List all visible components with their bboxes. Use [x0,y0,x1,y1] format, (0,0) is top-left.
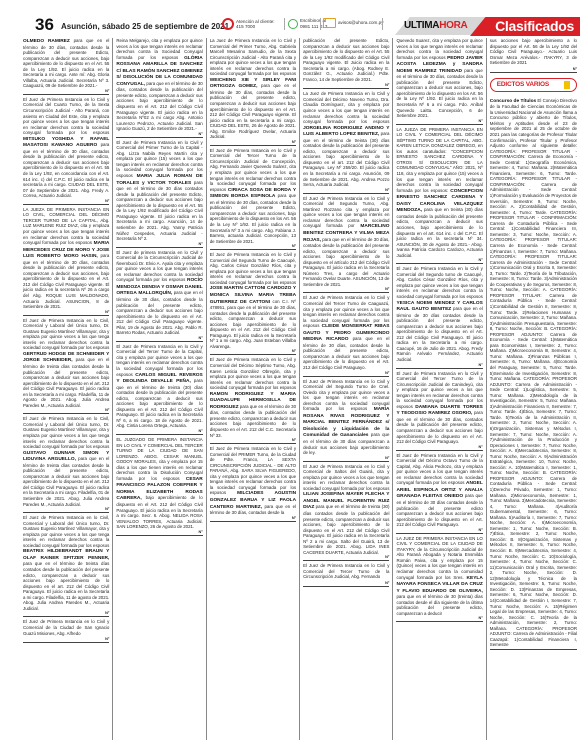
ad-text: El Juez de Primera Instancia en lo Civil… [210,148,296,192]
ad-code: N° [396,616,482,620]
ad-text: El Juez de Primera Instancia en lo Civil… [303,464,389,491]
column-1: OLMEDO RAMIREZ para que en el término de… [20,38,113,740]
classified-ad: El Juez de Primera Instancia en lo Civil… [396,266,482,368]
ad-code: N° [303,555,389,559]
ad-code: N° [303,188,389,192]
ad-code: N° [116,429,202,433]
divider [382,18,383,30]
classified-ad: El Juez de Primera Instancia en lo Civil… [210,357,296,444]
classified-ad: El Juez de Primera Instancia en lo Civil… [303,295,389,376]
page-number: 36 [35,16,54,33]
ad-text: sus acciones bajo apercibimiento a lo di… [490,38,577,65]
ad-text: LA JUEZ DE PRIMERA INSTANCIA EN LO CIVIL… [396,536,482,580]
ad-text: para que en el término de 30 días contad… [116,180,202,241]
ad-code: N° [23,408,109,412]
ad-code: N° [210,438,296,442]
ad-code: N° [396,363,482,367]
classified-ad: El Juez de Primera Instancia en lo Civil… [23,619,109,643]
divider [320,18,321,30]
classified-ad: El Juez de Primera Instancia en lo Civil… [210,446,296,522]
ad-code: N° [396,119,482,123]
ad-text: El Juez de Primera Instancia en lo Civil… [23,318,109,351]
column-4: publicación del presente Edicto, compare… [300,38,393,740]
ad-code: N° [490,67,577,71]
ad-text: El Juez de Primera Instancia en lo Civil… [396,266,482,299]
classified-ad: publicación del presente Edicto, compare… [303,38,389,89]
customer-service-contact: Atención al cliente:415 7000 [222,18,275,30]
classified-ad: Reina Melgarejo, cita y emplaza por quin… [116,38,202,138]
ad-text: para que en el término de 30 días contad… [396,306,482,362]
ad-text: para que en el término de treinta (30) d… [303,131,389,187]
ad-text: El Juez de Primera Instancia en lo Civil… [210,446,296,495]
classified-ad: El Juez de Primera Instancia en lo Civil… [23,97,109,205]
email-contact: avisos@uhora.com.py [323,18,384,28]
ad-names: JORGELINA RODRIGUEZ ANDINO Y LUIS ALBERT… [303,126,389,138]
document-icon [564,81,570,89]
notice-body: El Consejo Directivo de la Facultad de C… [490,98,577,648]
ad-text: LA JUEZA DE PRIMERA INSTANCIA EN LO CIVI… [23,207,109,245]
classified-ad: LA JUEZ DE PRIMERA INSTANCIA EN LO CIVIL… [396,536,482,623]
classified-ad: El Juez de Primera Instancia en lo Civil… [303,563,389,587]
classified-ad: El Juez de Primera Instancia en lo Civil… [303,196,389,294]
classified-ad: El Juez de Primera Instancia en lo Civil… [210,148,296,250]
page-header: 36 Asunción, sábado 25 de septiembre de … [0,0,580,36]
ad-code: N° [303,456,389,460]
ad-code: N° [303,581,389,585]
ad-text: El Juez de Primera Instancia en lo Civil… [23,515,109,548]
ad-text: El Juez de Primera Instancia en lo Civil… [23,97,109,135]
classified-ad: OLMEDO RAMIREZ para que en el término de… [23,38,109,95]
section-label: EDICTOS VARIOS [497,82,549,88]
ad-code: N° [303,83,389,87]
ad-code: N° [116,242,202,246]
ad-code: N° [116,336,202,340]
ad-text: para que en el término de 30 días, conta… [116,81,202,131]
ad-text: para que en el término de treinta (30) d… [116,378,202,428]
classified-ad: La Juez de Primera Instancia en lo Civil… [303,91,389,193]
classified-ad: El Juez de Primera Instancia en lo Civil… [396,371,482,451]
ad-text: publicación del presente Edicto, compare… [303,38,389,82]
classified-ad: El Juez de Primera Instancia en lo Civil… [23,416,109,513]
column-5: Quevedo Suarez, cita y emplaza por quinc… [393,38,486,740]
classified-ad: sus acciones bajo apercibimiento a lo di… [490,38,577,73]
whatsapp-icon [288,19,298,29]
ad-names: BEATRIX HILDEBRANDT BRAUN Y OLAF RAINER … [23,549,109,561]
ad-text: para que en el término de 30 días, conta… [23,253,109,309]
classifieds-columns: OLMEDO RAMIREZ para que en el término de… [20,38,580,740]
ad-text: El Juez de Primera Instancia en lo Civil… [396,371,482,409]
classified-ad: El Juez de Primera Instancia en lo Civil… [210,252,296,355]
ad-text: para que en el término de 30 días, conta… [23,38,109,88]
contact-label: Atención al cliente: [236,19,275,24]
ad-code: N° [23,310,109,314]
ad-text: La Juez de Primera Instancia en lo Civil… [303,91,389,124]
ad-text: El Juez de Primera Instancia en lo Civil… [23,619,109,635]
edicto-notice: Concurso de Títulos El Consejo Directivo… [490,98,577,650]
ad-text: para que en el término de treinta días c… [23,456,109,506]
ad-text: LA JUEZA DE PRIMERA INSTANCIA EN LO CIVI… [396,127,482,193]
classified-ad: Quevedo Suarez, cita y emplaza por quinc… [396,38,482,125]
ad-code: N° [396,528,482,532]
classified-ad: El Juez de Primera Instancia en lo Civil… [116,140,202,248]
divider [284,18,285,30]
ad-code: N° [210,516,296,520]
classified-ad: El Juez de Primera Instancia en lo Civil… [23,515,109,617]
classified-ad: La Juez de Primera Instancia en lo Civil… [210,38,296,146]
ad-names: OLMEDO RAMIREZ [23,39,70,44]
ad-code: N° [303,287,389,291]
ad-text: El Juez de Primera Instancia en lo Civil… [116,140,202,178]
ad-code: N° [210,140,296,144]
section-title: Clasificados [470,17,580,36]
issue-date: Asunción, sábado 25 de septiembre de 202… [61,22,229,31]
ad-text: para que en el término de 30 días, conta… [23,142,109,198]
ad-text: para que en el término de treinta (30) d… [303,504,389,554]
ad-text: La Juez de Primera Instancia en lo Civil… [210,38,296,76]
ad-code: N° [23,199,109,203]
classified-ad: EL JUZGADO DE PRIMERA INSTANCIA EN LO CI… [116,437,202,536]
whatsapp-contact: Escribinos al0981 111 013 [288,18,327,29]
ad-text: para que en el término de treinta días c… [23,357,109,407]
column-2: Reina Melgarejo, cita y emplaza por quin… [113,38,206,740]
ad-text: para que en el término de treinta días c… [23,561,109,610]
ad-code: N° [396,445,482,449]
ad-code: N° [396,258,482,262]
email-icon [323,18,336,28]
ad-text: para que en el término de 30 (treinta) d… [396,594,482,616]
ad-text: para que en el término de 30 días, conta… [210,193,296,243]
contact-value: avisos@uhora.com.py [338,20,384,26]
classified-ad: LA JUEZA DE PRIMERA INSTANCIA EN LO CIVI… [396,127,482,265]
classified-ad: El Juez de Primera Instancia en lo Civil… [303,379,389,462]
ad-text: EL JUZGADO DE PRIMERA INSTANCIA EN LO CI… [116,437,202,481]
classified-ad: El Juez de primera Instancia en lo Civil… [116,250,202,342]
ad-text: para que en el término de 30 días, conta… [116,290,202,335]
ad-text: El Juez de Primera Instancia en lo Civil… [303,563,389,579]
ad-text: para que en el término de 30 días, conta… [303,237,389,287]
brand-logo: ULTIMAHORA [404,20,467,31]
ad-code: N° [23,637,109,641]
ad-text: El Juez de Primera Instancia en lo Civil… [23,416,109,449]
ad-text: El Juez de Primera Instancia en lo Civil… [210,357,296,390]
ad-text: para que en el término de 30 días, conta… [396,68,482,118]
contact-value: 415 7000 [236,24,255,29]
ad-text: El Juez de Primera Instancia en lo Civil… [210,252,296,285]
ad-code: N° [116,530,202,534]
classified-ad: LA JUEZA DE PRIMERA INSTANCIA EN LO CIVI… [23,207,109,316]
ad-code: N° [210,244,296,248]
ad-text: para que en el término de 30 días, conta… [210,83,296,139]
ad-code: N° [303,371,389,375]
classified-ad: El Juez de Primera Instancia en lo Civil… [23,318,109,415]
ad-code: N° [210,349,296,353]
phone-icon [222,18,234,30]
classified-ad: El Juez de Primera Instancia en lo Civil… [396,453,482,534]
ad-text: con C.I. Nº 478951, para que en el térmi… [210,299,296,349]
ad-code: N° [23,611,109,615]
ad-text: para que en treinta (30) días contados d… [396,207,482,257]
section-header-edictos-varios: EDICTOS VARIOS [490,78,577,92]
classified-ad: El Juez de Primera Instancia en lo Civil… [303,464,389,562]
ad-code: N° [23,89,109,93]
column-3: La Juez de Primera Instancia en lo Civil… [207,38,300,740]
ad-code: N° [23,507,109,511]
ad-code: N° [116,132,202,136]
classified-ad: El Juez de Primera Instancia en lo Civil… [116,344,202,435]
notice-title: Concurso de Títulos [490,99,536,104]
column-6: sus acciones bajo apercibimiento a lo di… [487,38,580,740]
